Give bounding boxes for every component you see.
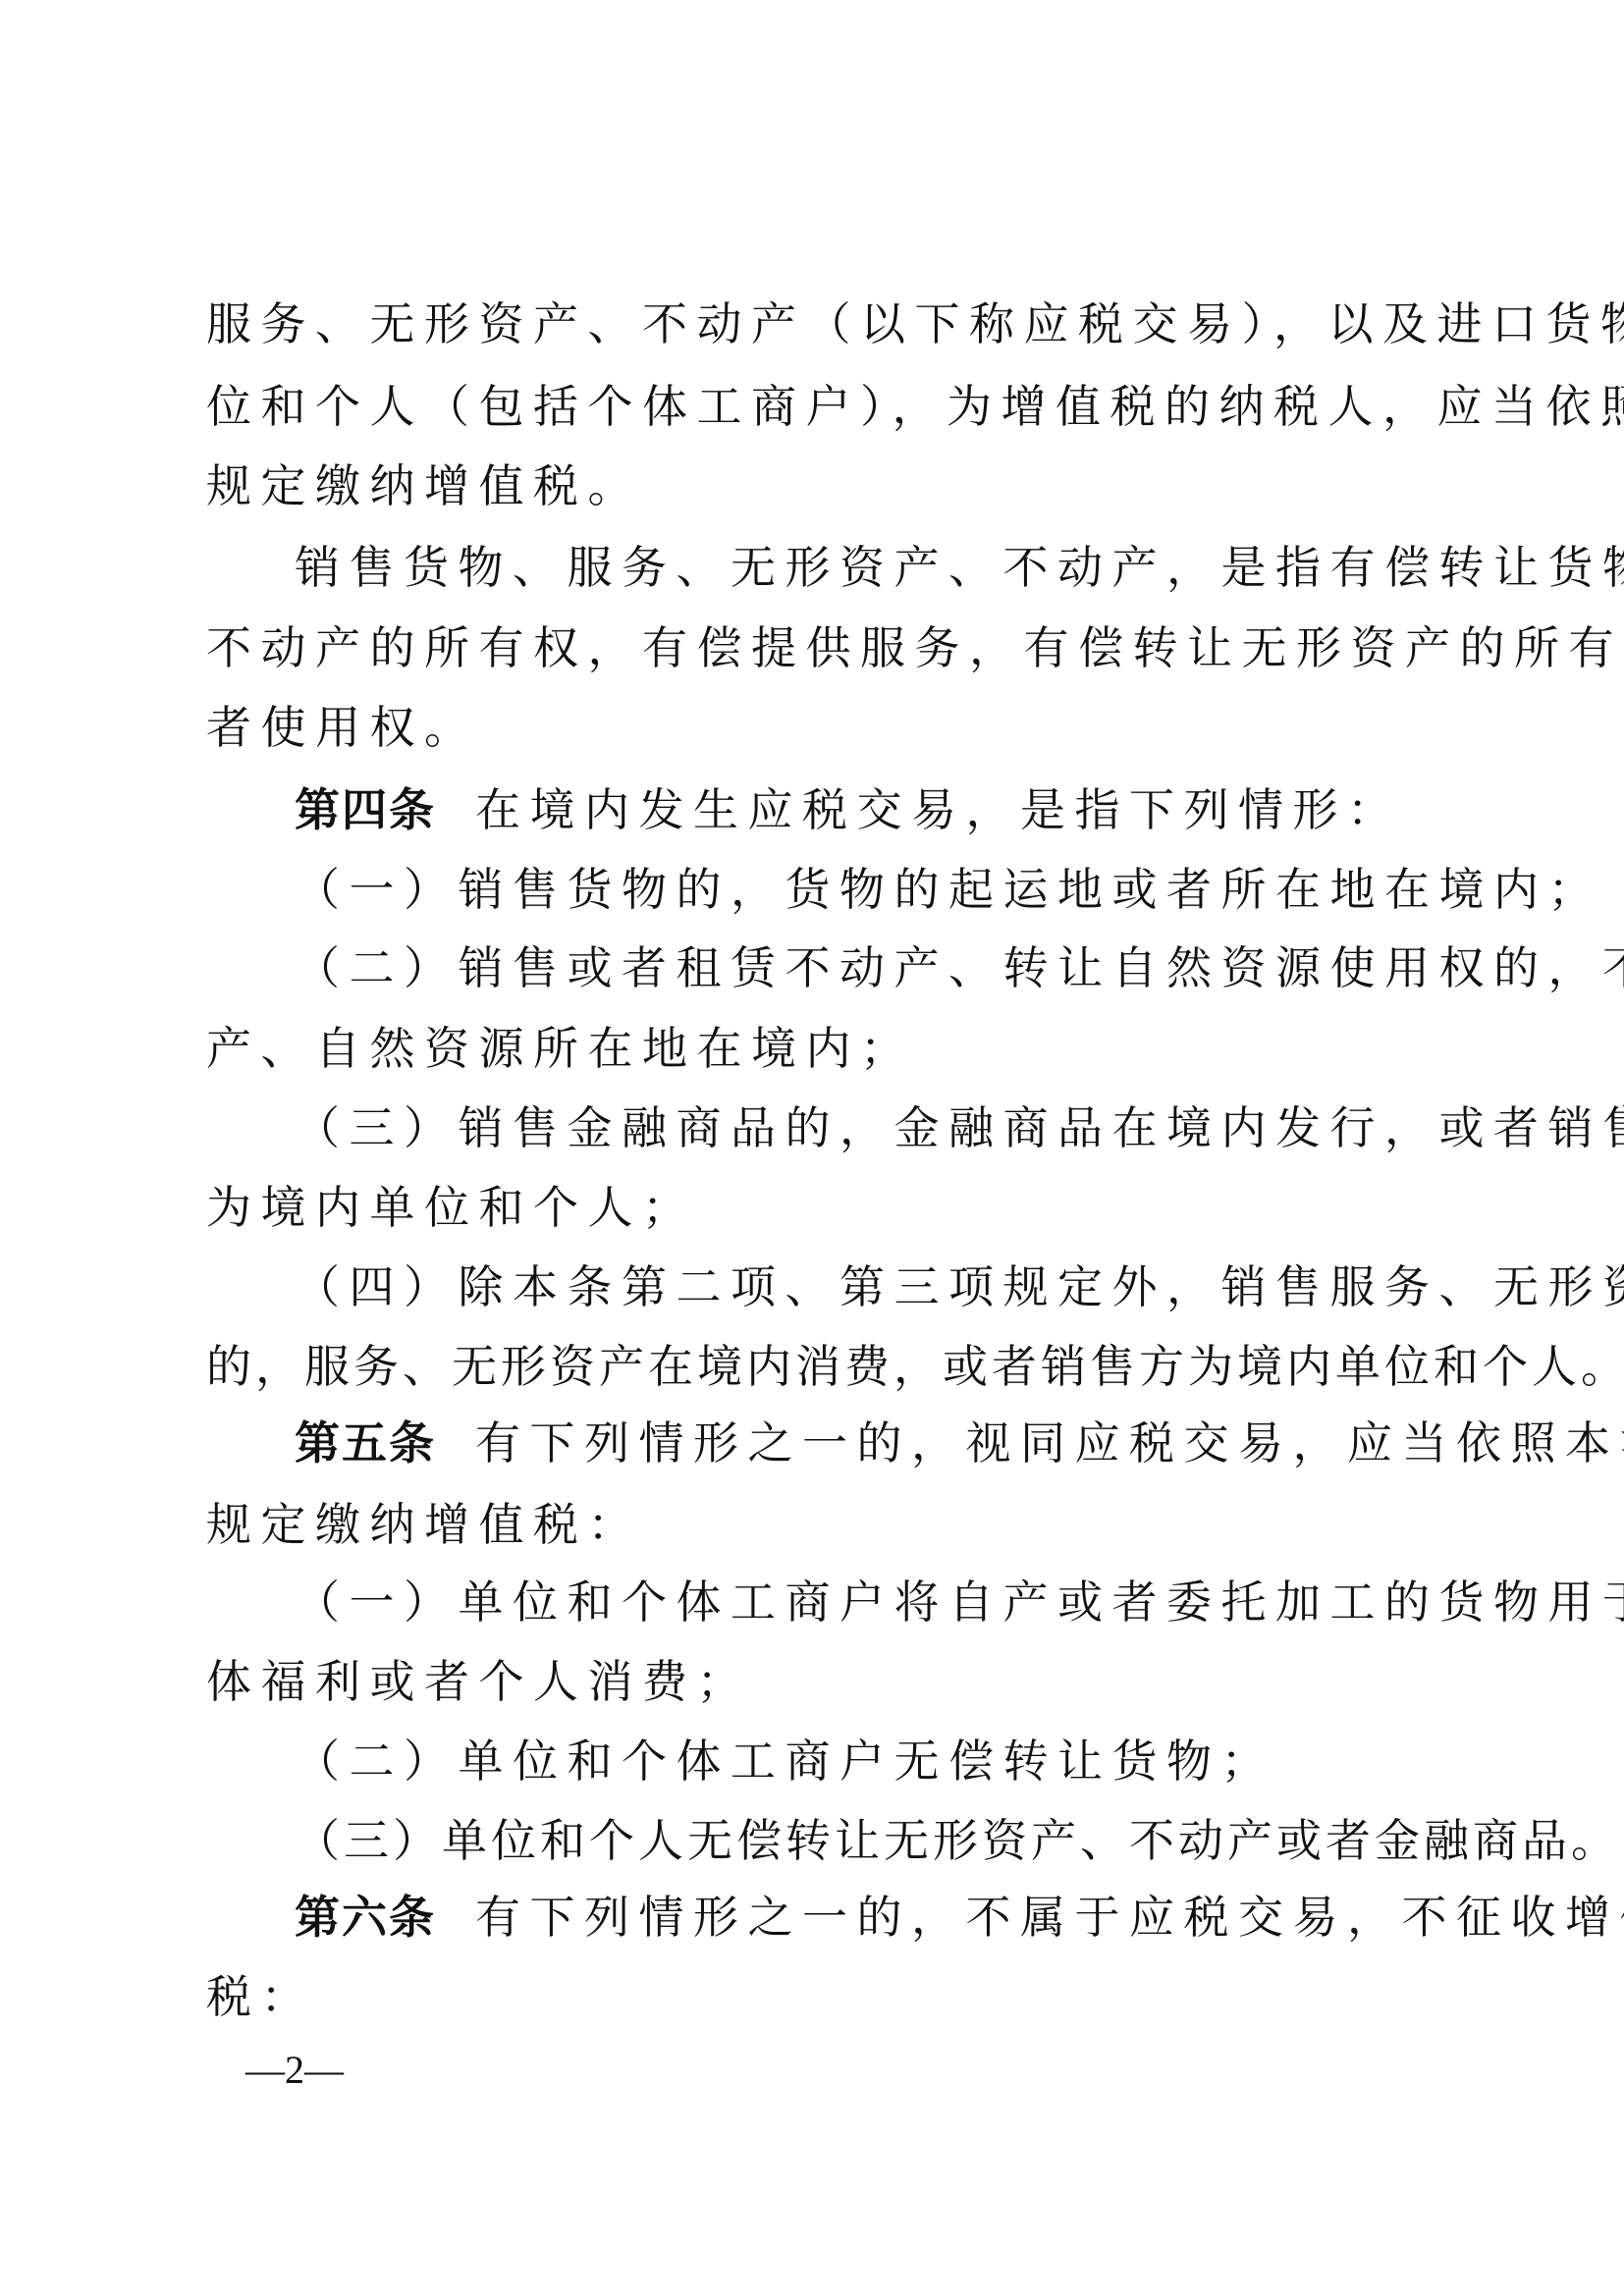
text-line: （二）销售或者租赁不动产、转让自然资源使用权的，不动 (295, 938, 1512, 997)
text-line: 规定缴纳增值税： (206, 1495, 1424, 1554)
text-line: 规定缴纳增值税。 (206, 456, 1424, 515)
article-text: 在境内发生应税交易，是指下列情形： (475, 783, 1402, 836)
article-heading: 第六条 (295, 1891, 436, 1944)
text-line: （一）销售货物的，货物的起运地或者所在地在境内； (295, 860, 1512, 919)
text-line: 销售货物、服务、无形资产、不动产，是指有偿转让货物、 (295, 538, 1512, 597)
text-line: 体福利或者个人消费； (206, 1652, 1424, 1711)
text-line: （四）除本条第二项、第三项规定外，销售服务、无形资产 (295, 1257, 1512, 1316)
article-text: 有下列情形之一的，视同应税交易，应当依照本法 (475, 1416, 1624, 1469)
text-line: 位和个人（包括个体工商户），为增值税的纳税人，应当依照本法 (206, 377, 1424, 436)
article-line-4: 第四条在境内发生应税交易，是指下列情形： (295, 780, 1512, 839)
text-line: （一）单位和个体工商户将自产或者委托加工的货物用于集 (295, 1573, 1512, 1631)
article-line-6: 第六条有下列情形之一的，不属于应税交易，不征收增值 (295, 1888, 1512, 1947)
article-text: 有下列情形之一的，不属于应税交易，不征收增值 (475, 1891, 1624, 1944)
text-line: 的，服务、无形资产在境内消费，或者销售方为境内单位和个人。 (206, 1337, 1424, 1396)
text-line: 者使用权。 (206, 698, 1424, 757)
document-page: 服务、无形资产、不动产（以下称应税交易），以及进口货物的单 位和个人（包括个体工… (0, 0, 1624, 2296)
text-line: （二）单位和个体工商户无偿转让货物； (295, 1732, 1512, 1790)
page-number: —2— (245, 2047, 344, 2093)
article-line-5: 第五条有下列情形之一的，视同应税交易，应当依照本法 (295, 1414, 1512, 1472)
text-line: 税： (206, 1967, 1424, 2026)
text-line: 为境内单位和个人； (206, 1178, 1424, 1237)
text-line: 不动产的所有权，有偿提供服务，有偿转让无形资产的所有权或 (206, 618, 1424, 677)
article-heading: 第五条 (295, 1416, 436, 1469)
text-line: （三）销售金融商品的，金融商品在境内发行，或者销售方 (295, 1098, 1512, 1157)
text-line: （三）单位和个人无偿转让无形资产、不动产或者金融商品。 (295, 1811, 1512, 1870)
text-line: 产、自然资源所在地在境内； (206, 1019, 1424, 1078)
text-line: 服务、无形资产、不动产（以下称应税交易），以及进口货物的单 (206, 294, 1424, 353)
article-heading: 第四条 (295, 783, 436, 836)
